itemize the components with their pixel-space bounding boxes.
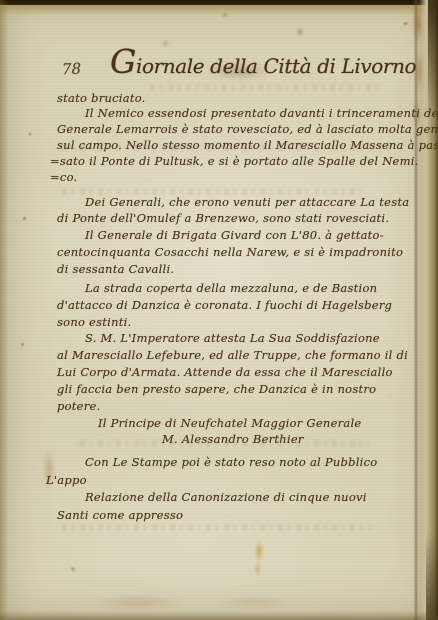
page-bottom-shading	[0, 611, 438, 620]
manuscript-line: gli faccia ben presto sapere, che Danzic…	[57, 383, 376, 396]
margin-mark	[401, 20, 410, 27]
foxing-spot	[70, 566, 76, 572]
stain-left-smudge	[40, 438, 58, 500]
manuscript-line: Generale Lemarrois è stato rovesciato, e…	[57, 123, 438, 136]
page-left-shading	[0, 0, 9, 620]
manuscript-line: d'attacco di Danzica è coronata. I fuoch…	[57, 299, 392, 312]
page-title: Giornale della Città di Livorno	[110, 52, 400, 77]
manuscript-line: =co.	[50, 171, 77, 184]
manuscript-line: sono estinti.	[57, 316, 131, 329]
page-number: 78	[62, 60, 82, 79]
manuscript-line: Il Nemico essendosi presentato davanti i…	[57, 107, 438, 120]
manuscript-line: Con Le Stampe poi è stato reso noto al P…	[57, 456, 377, 469]
foxing-spot	[296, 28, 304, 36]
bleed-through-band	[62, 188, 362, 195]
manuscript-line: centocinquanta Cosacchi nella Narew, e s…	[57, 246, 403, 259]
manuscript-line: al Maresciallo Lefebure, ed alle Truppe,…	[57, 349, 408, 362]
manuscript-line: Relazione della Canonizazione di cinque …	[57, 491, 367, 504]
page-fold-crease	[415, 0, 417, 620]
manuscript-line: stato bruciato.	[57, 92, 146, 105]
manuscript-line: Santi come appresso	[57, 509, 183, 522]
stain-orange-bottom	[246, 538, 272, 582]
foxing-spot	[20, 342, 25, 347]
bleed-through-band	[150, 84, 380, 91]
signature-line: Il Principe di Neufchatel Maggior Genera…	[98, 417, 361, 430]
manuscript-line: La strada coperta della mezzaluna, e de …	[57, 282, 377, 295]
manuscript-line: sul campo. Nello stesso momento il Mares…	[57, 139, 438, 152]
stain-bottom-band	[60, 592, 320, 612]
manuscript-line: di sessanta Cavalli.	[57, 263, 174, 276]
manuscript-line: di Ponte dell'Omulef a Brenzewo, sono st…	[57, 212, 389, 225]
foxing-spot	[28, 132, 32, 136]
manuscript-line: potere.	[57, 400, 100, 413]
manuscript-line: Il Generale di Brigata Givard con L'80. …	[57, 229, 384, 242]
manuscript-line: Dei Generali, che erono venuti per attac…	[57, 196, 409, 209]
signature-line: M. Alessandro Berthier	[162, 433, 304, 446]
foxing-spot	[22, 216, 27, 221]
foxing-spot	[162, 40, 169, 47]
manuscript-line: L'appo	[46, 474, 87, 487]
manuscript-scan: 78 Giornale della Città di Livorno stato…	[0, 0, 438, 620]
gutter-shadow-bottom	[426, 530, 438, 620]
page-top-shading	[0, 5, 438, 15]
manuscript-line: =sato il Ponte di Pultusk, e si è portat…	[50, 155, 419, 168]
gutter-shadow-top	[428, 0, 438, 120]
bleed-through-band	[62, 524, 372, 531]
manuscript-line: S. M. L'Imperatore attesta La Sua Soddis…	[57, 332, 380, 345]
manuscript-line: Lui Corpo d'Armata. Attende da essa che …	[57, 366, 393, 379]
